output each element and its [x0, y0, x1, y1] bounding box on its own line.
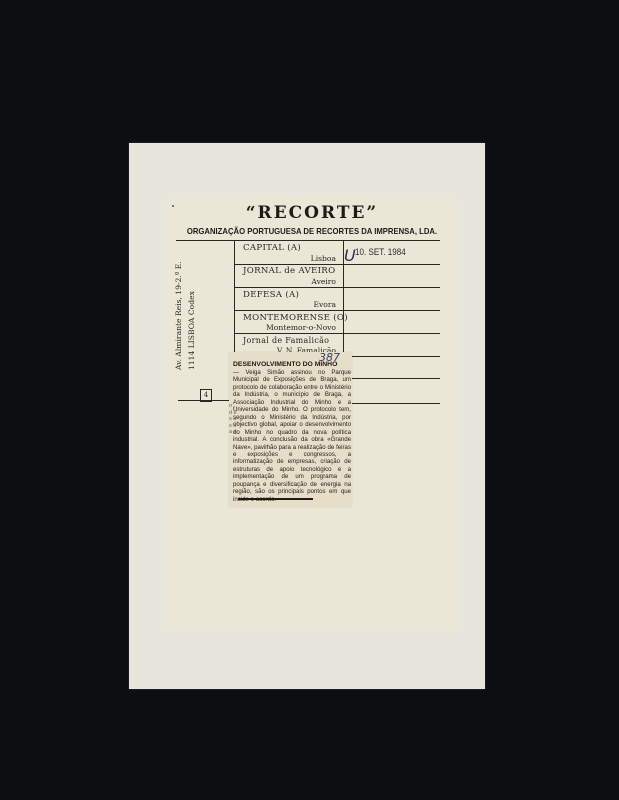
- row-rule: [343, 287, 440, 288]
- publication-name: DEFESA (A): [243, 290, 299, 300]
- publication-city: Aveiro: [241, 277, 336, 286]
- date-stamp: 10. SET. 1984: [355, 247, 406, 258]
- publication-name: CAPITAL (A): [243, 243, 301, 253]
- publication-city: Montemor-o-Novo: [241, 323, 336, 332]
- agency-title: “RECORTE”: [166, 203, 458, 223]
- address-line-1: Av. Almirante Reis, 19-2.º E.: [172, 250, 185, 370]
- agency-subtitle: ORGANIZAÇÃO PORTUGUESA DE RECORTES DA IM…: [178, 226, 447, 236]
- handwritten-mark: U: [344, 246, 356, 265]
- row-rule: [352, 356, 440, 357]
- row-rule: [352, 403, 440, 404]
- clipping-body: — Veiga Simão assinou no Parque Municipa…: [233, 369, 351, 503]
- publication-name: Jornal de Famalicão: [243, 336, 329, 345]
- clipping-side-fragment: o , d e s a s s a n: [229, 403, 237, 436]
- address-line-2: 1114 LISBOA Codex: [185, 250, 198, 370]
- publication-name: MONTEMORENSE (O): [243, 313, 348, 323]
- publication-city: Evora: [241, 300, 336, 309]
- address-block: Av. Almirante Reis, 19-2.º E. 1114 LISBO…: [172, 250, 198, 370]
- publication-city: Lisboa: [241, 254, 336, 263]
- clipping-headline: DESENVOLVIMENTO DO MINHO: [233, 361, 353, 368]
- row-rule: [234, 287, 343, 288]
- row-rule: [352, 378, 440, 379]
- publication-name: JORNAL de AVEIRO: [243, 266, 335, 276]
- row-rule: [343, 264, 440, 265]
- row-rule: [343, 310, 440, 311]
- paper-speck: [172, 205, 174, 207]
- row-rule: [234, 310, 343, 311]
- box-number: 4: [200, 389, 212, 402]
- row-rule: [234, 333, 343, 334]
- row-rule: [343, 333, 440, 334]
- top-rule: [176, 240, 440, 241]
- clipping-bottom-rule: [238, 498, 313, 500]
